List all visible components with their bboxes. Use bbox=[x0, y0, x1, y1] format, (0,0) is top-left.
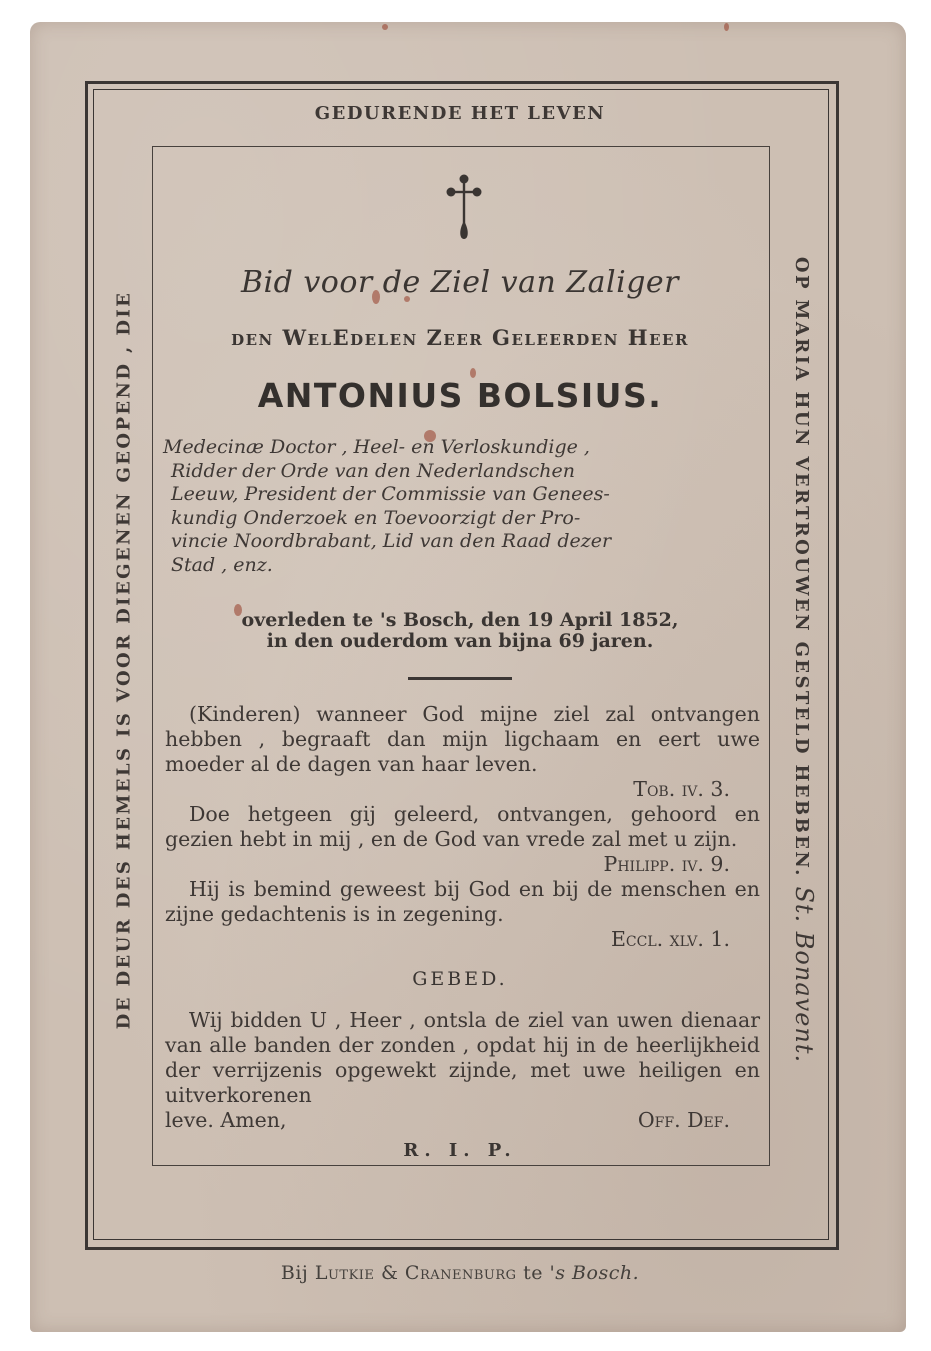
deceased-titles: Medecinæ Doctor , Heel- en Verloskundige… bbox=[163, 436, 760, 577]
printer-mid: te bbox=[523, 1262, 543, 1284]
stain bbox=[372, 290, 380, 304]
latin-cross-icon bbox=[444, 173, 484, 243]
stain bbox=[470, 368, 476, 378]
titles-line: Stad , enz. bbox=[163, 554, 760, 578]
side-text-right-main: OP MARIA HUN VERTROUWEN GESTELD HEBBEN. bbox=[791, 257, 812, 878]
titles-line: Leeuw, President der Commissie van Genee… bbox=[163, 483, 760, 507]
death-line-1: overleden te 's Bosch, den 19 April 1852… bbox=[152, 610, 768, 631]
side-text-signature: St. Bonavent. bbox=[790, 886, 818, 1063]
verses: (Kinderen) wanneer God mijne ziel zal on… bbox=[165, 702, 760, 952]
printer-name: Lutkie & Cranenburg bbox=[315, 1262, 517, 1284]
death-notice: overleden te 's Bosch, den 19 April 1852… bbox=[152, 610, 768, 652]
prayer-title: GEBED. bbox=[152, 968, 768, 990]
side-text-right: OP MARIA HUN VERTROUWEN GESTELD HEBBEN. … bbox=[790, 257, 818, 1063]
prayer: Wij bidden U , Heer , ontsla de ziel van… bbox=[165, 1008, 760, 1133]
side-text-left: DE DEUR DES HEMELS IS VOOR DIEGENEN GEOP… bbox=[114, 291, 135, 1030]
invocation: Bid voor de Ziel van Zaliger bbox=[152, 265, 768, 300]
stain bbox=[424, 430, 436, 442]
titles-line: Medecinæ Doctor , Heel- en Verloskundige… bbox=[163, 436, 760, 460]
verse-text: Hij is bemind geweest bij God en bij de … bbox=[165, 877, 760, 927]
verse-text: Doe hetgeen gij geleerd, ontvangen, geho… bbox=[165, 802, 760, 852]
verse-ref: Eccl. xlv. 1. bbox=[165, 927, 760, 952]
printer-city: 's Bosch. bbox=[550, 1262, 640, 1284]
verse-text: (Kinderen) wanneer God mijne ziel zal on… bbox=[165, 702, 760, 777]
stain bbox=[404, 296, 410, 302]
prayer-end: leve. Amen, bbox=[165, 1108, 287, 1133]
printer-imprint: Bij Lutkie & Cranenburg te 's Bosch. bbox=[90, 1262, 830, 1284]
printer-prefix: Bij bbox=[281, 1262, 308, 1284]
titles-line: Ridder der Orde van den Nederlandschen bbox=[163, 460, 760, 484]
verse-ref: Tob. iv. 3. bbox=[165, 777, 760, 802]
prayer-closing: leve. Amen, Off. Def. bbox=[165, 1108, 760, 1133]
stain bbox=[724, 23, 729, 31]
prayer-ref: Off. Def. bbox=[638, 1108, 760, 1133]
header-text: GEDURENDE HET LEVEN bbox=[90, 103, 830, 124]
verse-ref: Philipp. iv. 9. bbox=[165, 852, 760, 877]
stain bbox=[382, 24, 388, 30]
deceased-name: ANTONIUS BOLSIUS. bbox=[152, 376, 768, 415]
stain bbox=[234, 604, 242, 616]
titles-line: kundig Onderzoek en Toevoorzigt der Pro- bbox=[163, 507, 760, 531]
honorific: den WelEdelen Zeer Geleerden Heer bbox=[152, 325, 768, 350]
titles-line: vincie Noordbrabant, Lid van den Raad de… bbox=[163, 530, 760, 554]
death-line-2: in den ouderdom van bijna 69 jaren. bbox=[152, 631, 768, 652]
prayer-text: Wij bidden U , Heer , ontsla de ziel van… bbox=[165, 1008, 760, 1108]
divider bbox=[408, 677, 512, 680]
rip-text: R. I. P. bbox=[152, 1140, 768, 1161]
